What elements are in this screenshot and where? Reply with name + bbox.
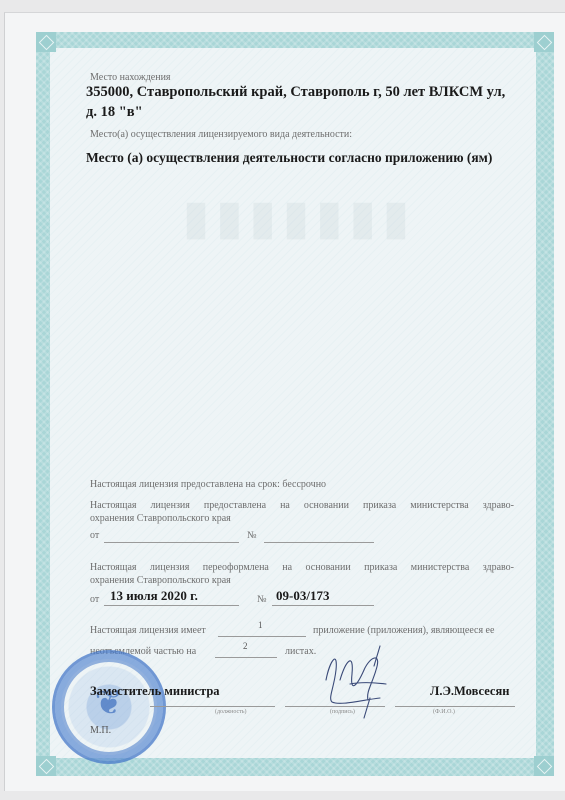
term-text: Настоящая лицензия предоставлена на срок… (90, 479, 326, 490)
appendix-sheets-value: 2 (243, 641, 248, 651)
address-line-2: д. 18 "в" (86, 104, 143, 121)
reissued-date-value: 13 июля 2020 г. (110, 588, 198, 604)
granted-number-field (264, 542, 374, 543)
signatory-name: Л.Э.Мовсесян (430, 684, 509, 699)
corner-ornament-icon (36, 756, 56, 776)
reissued-from-label: от (90, 594, 99, 605)
reissued-number-value: 09-03/173 (276, 588, 329, 604)
handwritten-signature (310, 640, 400, 720)
corner-ornament-icon (534, 32, 554, 52)
official-seal: ❦ (52, 650, 166, 764)
appendix-suffix: приложение (приложения), являющееся ее (313, 625, 494, 636)
reissued-line-2: охранения Ставропольского края (90, 575, 231, 586)
appendix-prefix: Настоящая лицензия имеет (90, 625, 206, 636)
appendix-count-value: 1 (258, 620, 263, 630)
address-label: Место нахождения (90, 72, 171, 83)
reissued-number-label: № (257, 594, 267, 605)
activity-place-label: Место(а) осуществления лицензируемого ви… (90, 129, 352, 140)
seal-label: М.П. (90, 725, 111, 736)
position-line (150, 706, 275, 707)
name-line (395, 706, 515, 707)
granted-line-2: охранения Ставропольского края (90, 513, 231, 524)
corner-ornament-icon (534, 756, 554, 776)
granted-from-label: от (90, 530, 99, 541)
name-caption: (Ф.И.О.) (433, 709, 455, 715)
granted-date-field (104, 542, 239, 543)
corner-ornament-icon (36, 32, 56, 52)
signatory-position: Заместитель министра (90, 684, 220, 699)
granted-line-1: Настоящая лицензия предоставлена на осно… (90, 500, 514, 511)
reissued-date-field (104, 605, 239, 606)
watermark-title: ▮▮▮▮▮▮▮ (150, 190, 450, 244)
appendix-sheets-field (215, 657, 277, 658)
granted-number-label: № (247, 530, 257, 541)
appendix-count-field (218, 636, 306, 637)
position-caption: (должность) (215, 709, 247, 715)
reissued-line-1: Настоящая лицензия переоформлена на осно… (90, 562, 514, 573)
activity-place-value: Место (а) осуществления деятельности сог… (86, 150, 492, 166)
reissued-number-field (272, 605, 374, 606)
address-line-1: 355000, Ставропольский край, Ставрополь … (86, 84, 505, 101)
